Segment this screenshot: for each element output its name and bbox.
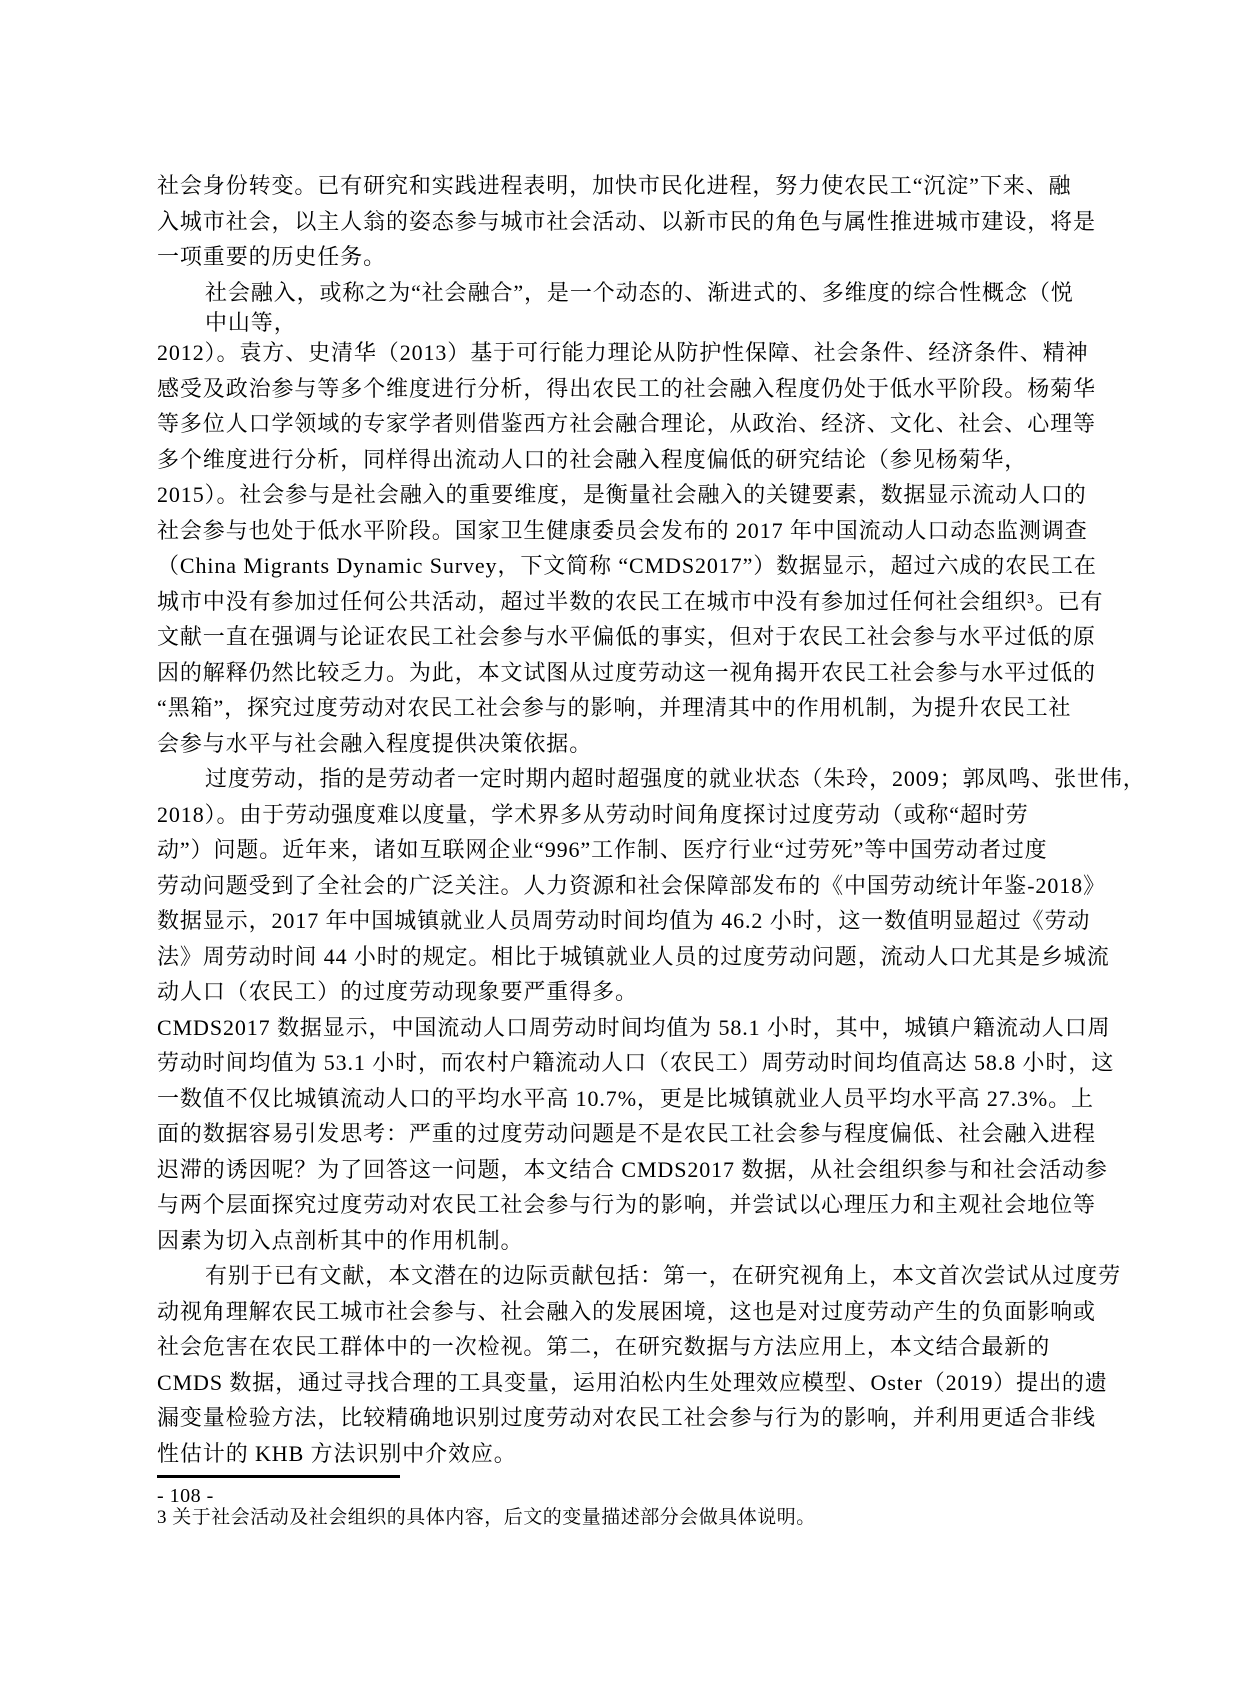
text-line: 因素为切入点剖析其中的作用机制。	[157, 1223, 1092, 1259]
text-line: 2015）。社会参与是社会融入的重要维度，是衡量社会融入的关键要素，数据显示流动…	[157, 477, 1092, 513]
text-line: 迟滞的诱因呢？为了回答这一问题，本文结合 CMDS2017 数据，从社会组织参与…	[157, 1152, 1092, 1188]
paragraph-1: 社会身份转变。已有研究和实践进程表明，加快市民化进程，努力使农民工“沉淀”下来、…	[157, 168, 1092, 275]
text-line: 性估计的 KHB 方法识别中介效应。	[157, 1436, 1092, 1472]
text-line: 有别于已有文献，本文潜在的边际贡献包括：第一，在研究视角上，本文首次尝试从过度劳	[157, 1258, 1092, 1294]
text-line: 过度劳动，指的是劳动者一定时期内超时超强度的就业状态（朱玲，2009；郭凤鸣、张…	[157, 761, 1092, 797]
text-line: 与两个层面探究过度劳动对农民工社会参与行为的影响，并尝试以心理压力和主观社会地位…	[157, 1187, 1092, 1223]
text-line: 中山等，	[157, 310, 1092, 335]
text-line: 会参与水平与社会融入程度提供决策依据。	[157, 726, 1092, 762]
paragraph-2: 社会融入，或称之为“社会融合”，是一个动态的、渐进式的、多维度的综合性概念（悦中…	[157, 275, 1092, 762]
text-line: 一数值不仅比城镇流动人口的平均水平高 10.7%，更是比城镇就业人员平均水平高 …	[157, 1081, 1092, 1117]
text-line: 城市中没有参加过任何公共活动，超过半数的农民工在城市中没有参加过任何社会组织³。…	[157, 584, 1092, 620]
text-line: 劳动时间均值为 53.1 小时，而农村户籍流动人口（农民工）周劳动时间均值高达 …	[157, 1045, 1092, 1081]
text-line: 入城市社会，以主人翁的姿态参与城市社会活动、以新市民的角色与属性推进城市建设，将…	[157, 204, 1092, 240]
text-line: 漏变量检验方法，比较精确地识别过度劳动对农民工社会参与行为的影响，并利用更适合非…	[157, 1400, 1092, 1436]
paragraph-5: 有别于已有文献，本文潜在的边际贡献包括：第一，在研究视角上，本文首次尝试从过度劳…	[157, 1258, 1092, 1471]
body-text: 社会身份转变。已有研究和实践进程表明，加快市民化进程，努力使农民工“沉淀”下来、…	[157, 168, 1092, 1471]
text-line: 法》周劳动时间 44 小时的规定。相比于城镇就业人员的过度劳动问题，流动人口尤其…	[157, 939, 1092, 975]
text-line: 多个维度进行分析，同样得出流动人口的社会融入程度偏低的研究结论（参见杨菊华，	[157, 442, 1092, 478]
paragraph-4: CMDS2017 数据显示，中国流动人口周劳动时间均值为 58.1 小时，其中，…	[157, 1010, 1092, 1259]
text-line: 数据显示，2017 年中国城镇就业人员周劳动时间均值为 46.2 小时，这一数值…	[157, 903, 1092, 939]
text-line: 因的解释仍然比较乏力。为此，本文试图从过度劳动这一视角揭开农民工社会参与水平过低…	[157, 655, 1092, 691]
footnote-separator	[157, 1475, 400, 1478]
text-line: 一项重要的历史任务。	[157, 239, 1092, 275]
text-line: 2012）。袁方、史清华（2013）基于可行能力理论从防护性保障、社会条件、经济…	[157, 335, 1092, 371]
document-page: 社会身份转变。已有研究和实践进程表明，加快市民化进程，努力使农民工“沉淀”下来、…	[0, 0, 1240, 1683]
text-line: 动”）问题。近年来，诸如互联网企业“996”工作制、医疗行业“过劳死”等中国劳动…	[157, 832, 1092, 868]
text-line: “黑箱”，探究过度劳动对农民工社会参与的影响，并理清其中的作用机制，为提升农民工…	[157, 690, 1092, 726]
text-line: CMDS2017 数据显示，中国流动人口周劳动时间均值为 58.1 小时，其中，…	[157, 1010, 1092, 1046]
text-line: 面的数据容易引发思考：严重的过度劳动问题是不是农民工社会参与程度偏低、社会融入进…	[157, 1116, 1092, 1152]
text-line: 社会危害在农民工群体中的一次检视。第二，在研究数据与方法应用上，本文结合最新的	[157, 1329, 1092, 1365]
text-line: 社会参与也处于低水平阶段。国家卫生健康委员会发布的 2017 年中国流动人口动态…	[157, 513, 1092, 549]
text-line: 社会身份转变。已有研究和实践进程表明，加快市民化进程，努力使农民工“沉淀”下来、…	[157, 168, 1092, 204]
text-line: 文献一直在强调与论证农民工社会参与水平偏低的事实，但对于农民工社会参与水平过低的…	[157, 619, 1092, 655]
paragraph-3: 过度劳动，指的是劳动者一定时期内超时超强度的就业状态（朱玲，2009；郭凤鸣、张…	[157, 761, 1092, 1010]
text-line: 感受及政治参与等多个维度进行分析，得出农民工的社会融入程度仍处于低水平阶段。杨菊…	[157, 371, 1092, 407]
text-line: 动人口（农民工）的过度劳动现象要严重得多。	[157, 974, 1092, 1010]
footnote: 3 关于社会活动及社会组织的具体内容，后文的变量描述部分会做具体说明。	[157, 1505, 816, 1531]
text-line: 2018）。由于劳动强度难以度量，学术界多从劳动时间角度探讨过度劳动（或称“超时…	[157, 797, 1092, 833]
text-line: （China Migrants Dynamic Survey，下文简称 “CMD…	[157, 548, 1092, 584]
text-line: CMDS 数据，通过寻找合理的工具变量，运用泊松内生处理效应模型、Oster（2…	[157, 1365, 1092, 1401]
text-line: 等多位人口学领域的专家学者则借鉴西方社会融合理论，从政治、经济、文化、社会、心理…	[157, 406, 1092, 442]
text-line: 动视角理解农民工城市社会参与、社会融入的发展困境，这也是对过度劳动产生的负面影响…	[157, 1294, 1092, 1330]
text-line: 劳动问题受到了全社会的广泛关注。人力资源和社会保障部发布的《中国劳动统计年鉴-2…	[157, 868, 1092, 904]
text-line: 社会融入，或称之为“社会融合”，是一个动态的、渐进式的、多维度的综合性概念（悦	[157, 275, 1092, 311]
